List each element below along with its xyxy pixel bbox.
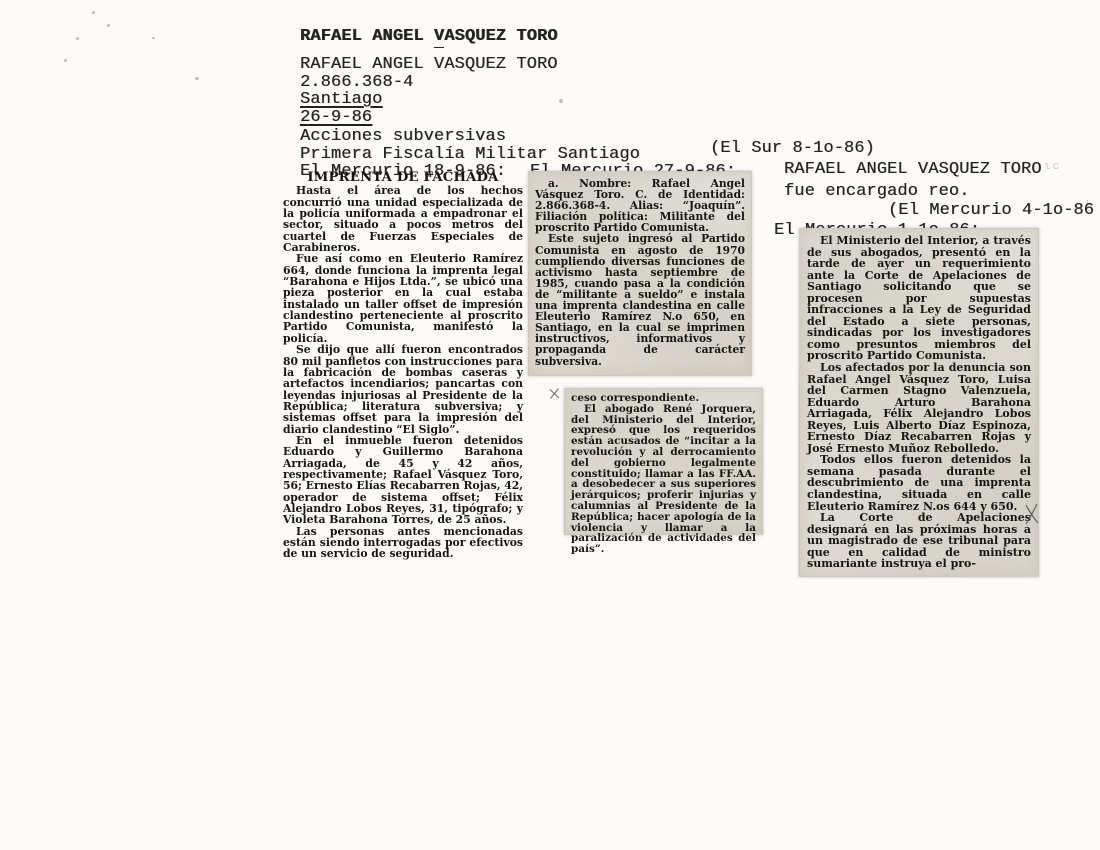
clipping-paragraph: La Corte de Apelaciones designará en las… [807, 512, 1031, 570]
subject-line: Acciones subversivas [300, 127, 506, 146]
city: Santiago [300, 90, 382, 109]
subject-name-emphasized: RAFAEL ANGEL VASQUEZ TORO [300, 27, 558, 46]
clipping-paragraph: Todos ellos fueron detenidos la semana p… [807, 454, 1031, 512]
clipping-continuation-requerimiento: ceso correspondiente. El abogado René Jo… [564, 388, 763, 535]
scan-smudge: ιc [1044, 161, 1061, 173]
right-note-name: RAFAEL ANGEL VASQUEZ TORO [784, 160, 1042, 179]
scanned-dossier-page: RAFAEL ANGEL VASQUEZ TORO RAFAEL ANGEL V… [0, 0, 1100, 850]
clipping-paragraph: El Ministerio del Interior, a través de … [807, 235, 1031, 362]
scan-speck [107, 24, 110, 27]
clipping-el-mercurio-27-9-86: a. Nombre: Rafael Angel Vásquez Toro. C.… [528, 171, 752, 376]
source-el-sur: (El Sur 8-1o-86) [710, 139, 875, 158]
clipping-el-mercurio-1-1o-86: El Ministerio del Interior, a través de … [799, 228, 1039, 577]
right-note-verdict: fue encargado reo. [784, 182, 969, 201]
clipping-el-mercurio-18-9-86: IMPRENTA DE FACHADA Hasta el área de los… [283, 172, 523, 560]
scan-speck [559, 99, 563, 103]
handwritten-x-mark [548, 387, 561, 400]
scan-speck [195, 77, 199, 80]
clipping-paragraph: Las personas antes mencionadas están sie… [283, 526, 523, 560]
handwritten-x-mark [1023, 502, 1041, 526]
clipping-paragraph: Este sujeto ingresó al Partido Comunista… [535, 233, 745, 366]
subject-name: RAFAEL ANGEL VASQUEZ TORO [300, 55, 558, 74]
name-part-pre: RAFAEL ANGEL [300, 27, 434, 46]
name-part-post: ASQUEZ TORO [444, 27, 557, 46]
name-part-underlined-v: V [434, 27, 444, 48]
date: 26-9-86 [300, 108, 372, 127]
clipping-paragraph: Se dijo que allí fueron encontrados 80 m… [283, 344, 523, 435]
right-note-source: (El Mercurio 4-1o-86 [888, 201, 1094, 220]
clipping-paragraph: Fue así como en Eleuterio Ramírez 664, d… [283, 253, 523, 344]
clipping-paragraph: a. Nombre: Rafael Angel Vásquez Toro. C.… [535, 178, 745, 233]
clipping-paragraph: Hasta el área de los hechos concurrió un… [283, 185, 523, 253]
scan-speck [76, 37, 79, 40]
clipping-paragraph: El abogado René Jorquera, del Ministerio… [571, 404, 756, 555]
clipping-paragraph: En el inmueble fueron detenidos Eduardo … [283, 435, 523, 526]
scan-smudge: ' [1084, 200, 1093, 212]
scan-speck [64, 59, 67, 62]
clipping-headline: IMPRENTA DE FACHADA [283, 172, 523, 183]
clipping-paragraph: Los afectados por la denuncia son Rafael… [807, 362, 1031, 454]
scan-speck [152, 37, 155, 39]
scan-speck [92, 11, 95, 14]
